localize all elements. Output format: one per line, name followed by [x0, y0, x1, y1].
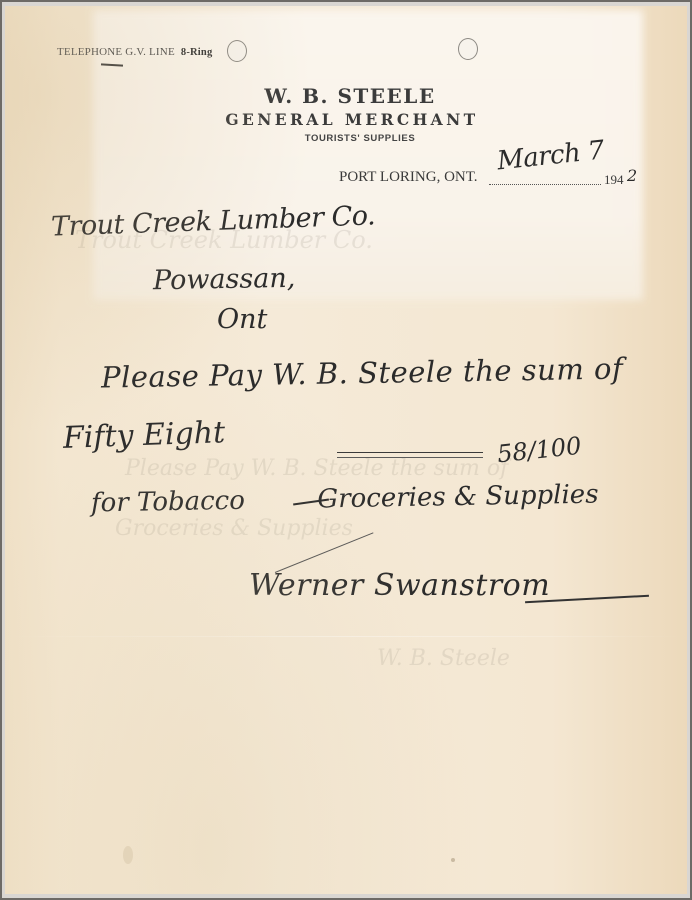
paper-stain: [123, 846, 133, 864]
bleed-through-signature: W. B. Steele: [377, 646, 510, 671]
telephone-ring: 8-Ring: [181, 47, 213, 58]
purpose-prefix: for Tobacco: [91, 486, 245, 519]
business-name: W. B. STEELE: [5, 84, 687, 108]
amount-fraction: 58/100: [496, 432, 583, 469]
punch-hole-left: [227, 40, 247, 62]
place-label: PORT LORING, ONT.: [339, 169, 478, 186]
amount-words: Fifty Eight: [62, 415, 225, 456]
business-type: GENERAL MERCHANT: [5, 110, 687, 129]
year-prefix: 194: [604, 172, 624, 188]
paper-speck: [451, 858, 455, 862]
telephone-line: TELEPHONE G.V. LINE8-Ring: [57, 46, 212, 58]
punch-hole-right: [458, 38, 478, 60]
bleed-through-text: Groceries & Supplies: [115, 516, 353, 541]
telephone-label: TELEPHONE G.V. LINE: [57, 46, 175, 58]
handwritten-year-suffix: 2: [627, 166, 637, 185]
fold-crease: [5, 636, 687, 637]
recipient-town: Powassan,: [153, 263, 296, 296]
purpose-items: Groceries & Supplies: [317, 480, 599, 515]
bleed-through-text: Please Pay W. B. Steele the sum of: [125, 456, 508, 481]
date-dotted-line: [489, 182, 601, 185]
purpose-line: for Tobacco Groceries & Supplies: [91, 480, 599, 519]
signature: Werner Swanstrom: [249, 568, 550, 603]
payment-instruction: Please Pay W. B. Steele the sum of: [101, 351, 624, 394]
amount-fill-line: [337, 452, 483, 453]
letter-page: TELEPHONE G.V. LINE8-Ring W. B. STEELE G…: [5, 6, 687, 894]
recipient-province: Ont: [217, 304, 267, 335]
